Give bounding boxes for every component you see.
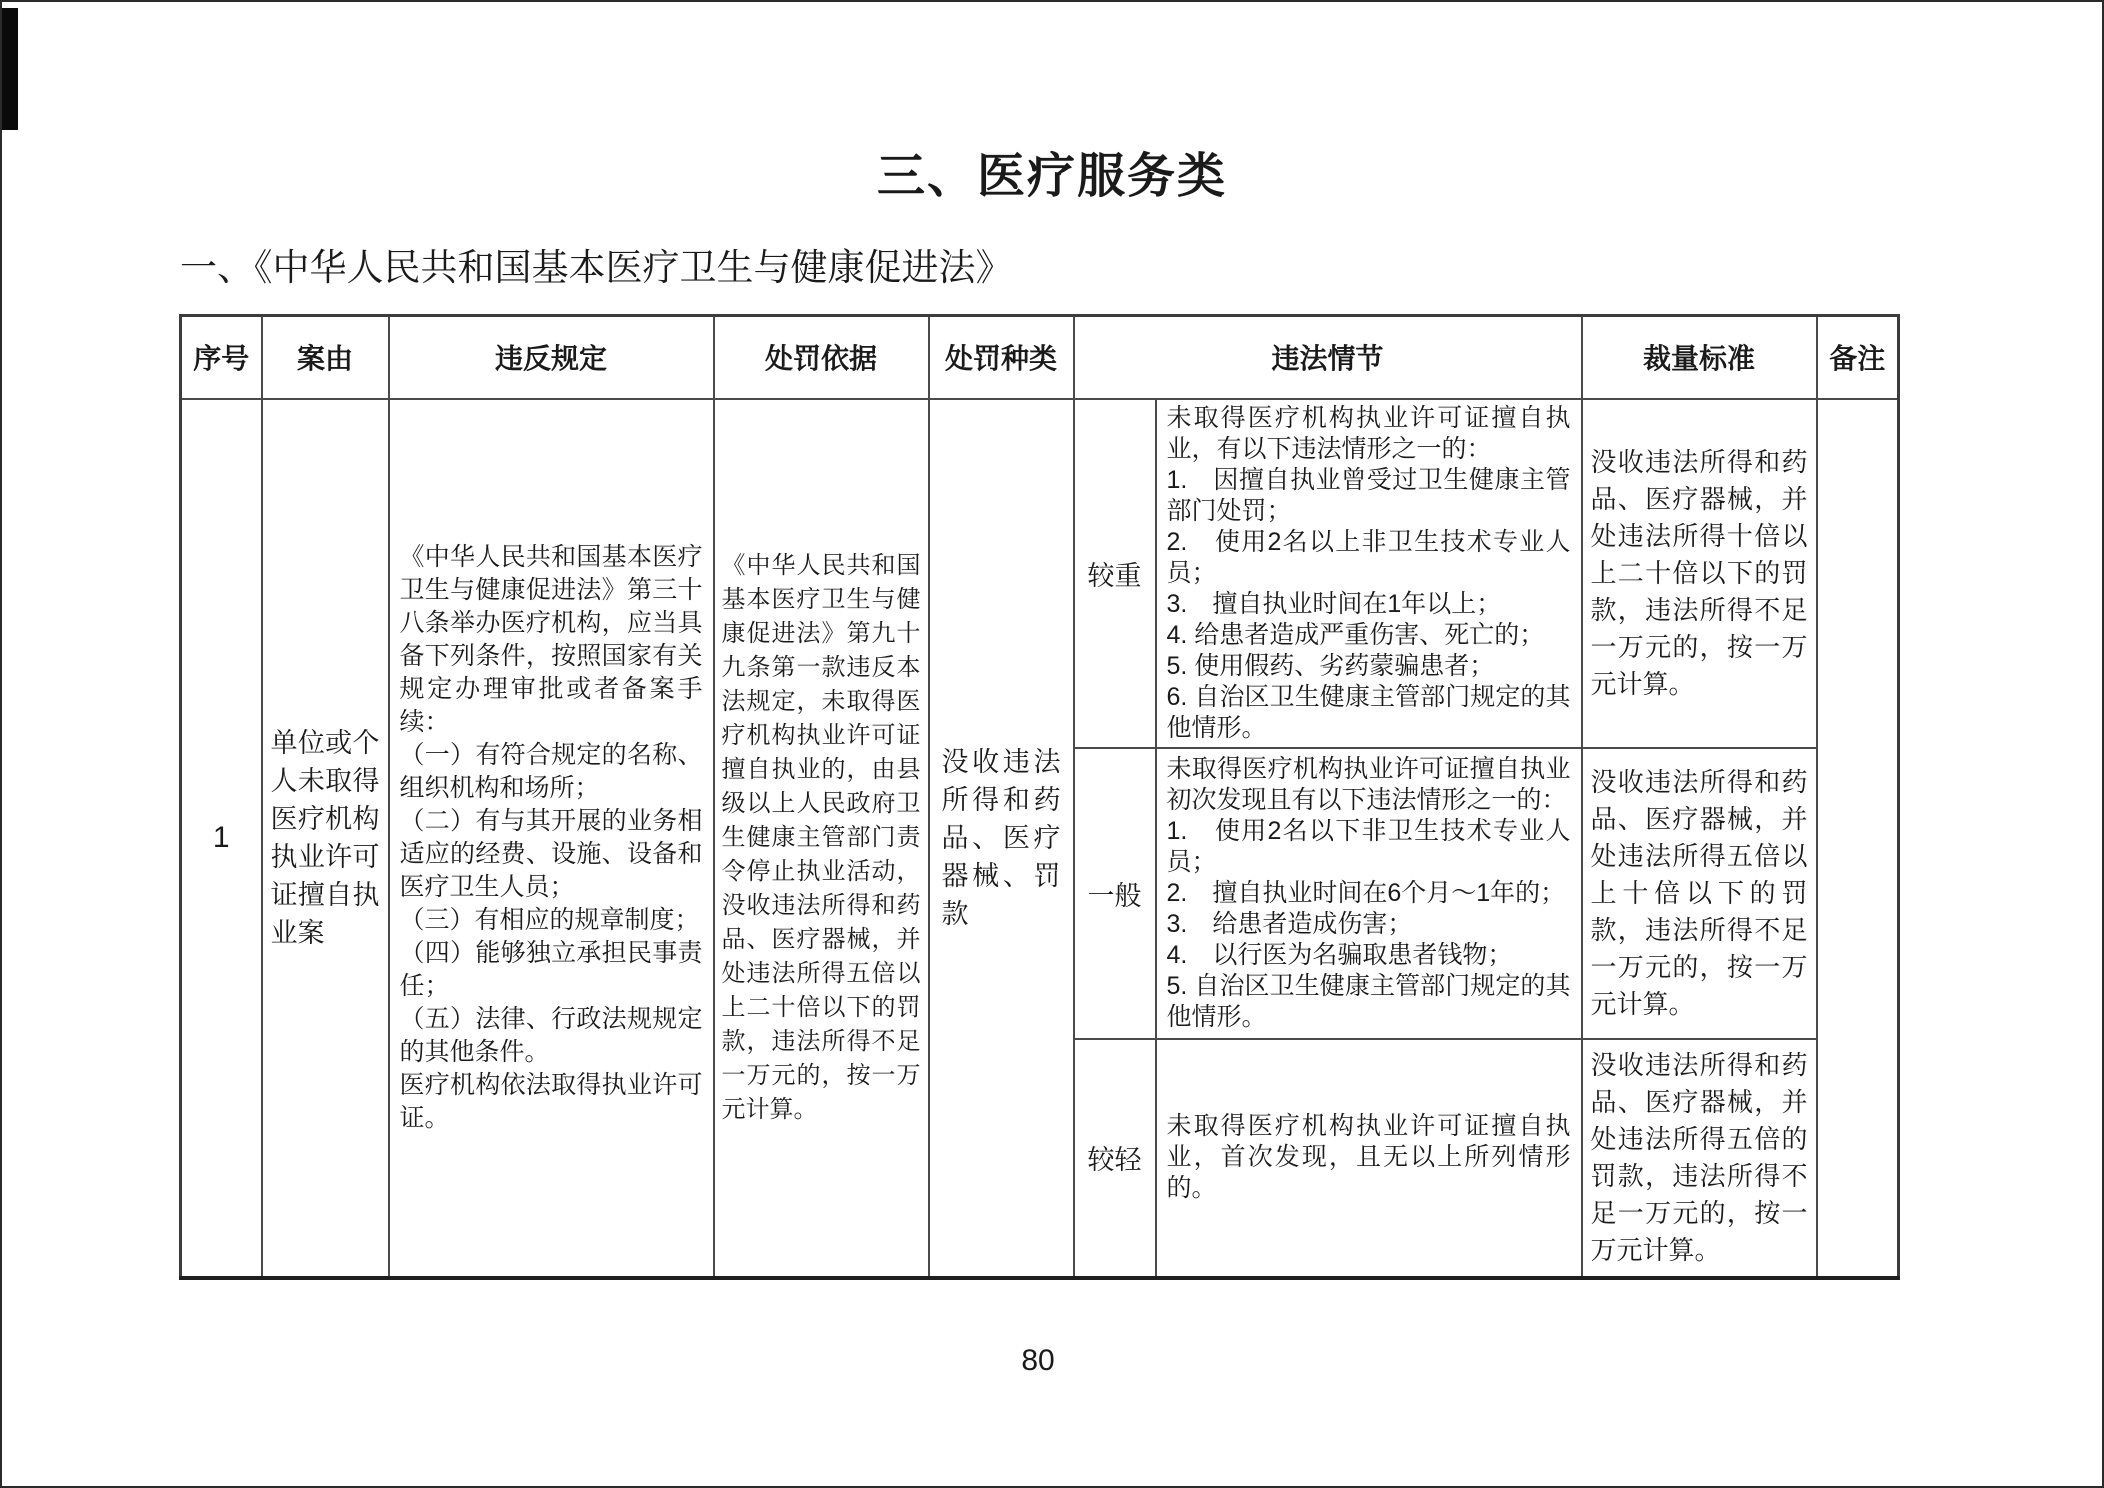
severity-label-minor: 较轻 [1074,1039,1156,1278]
penalties-table: 序号 案由 违反规定 处罚依据 处罚种类 违法情节 裁量标准 备注 1 单位或个… [179,314,1900,1280]
page-number: 80 [179,1344,1897,1378]
standard-cell-severe: 没收违法所得和药品、医疗器械，并处违法所得十倍以上二十倍以下的罚款，违法所得不足… [1582,399,1817,748]
header-basis: 处罚依据 [714,316,929,399]
severity-label-severe: 较重 [1074,399,1156,748]
page-title: 三、医疗服务类 [2,148,2102,206]
violated-provision-cell: 《中华人民共和国基本医疗卫生与健康促进法》第三十八条举办医疗机构，应当具备下列条… [389,399,714,1278]
section-heading: 一、《中华人民共和国基本医疗卫生与健康促进法》 [180,246,2102,292]
header-standard: 裁量标准 [1582,316,1817,399]
severity-label-general: 一般 [1074,748,1156,1039]
seq-cell: 1 [181,399,262,1278]
circumstances-cell-general: 未取得医疗机构执业许可证擅自执业初次发现且有以下违法情形之一的： 1. 使用2名… [1156,748,1582,1039]
remarks-cell [1817,399,1899,1278]
cause-cell: 单位或个人未取得医疗机构执业许可证擅自执业案 [262,399,389,1278]
header-circumstances: 违法情节 [1074,316,1582,399]
penalty-basis-cell: 《中华人民共和国基本医疗卫生与健康促进法》第九十九条第一款违反本法规定，未取得医… [714,399,929,1278]
header-violated: 违反规定 [389,316,714,399]
document-page: 三、医疗服务类 一、《中华人民共和国基本医疗卫生与健康促进法》 序号 案由 违反… [0,0,2104,1488]
penalty-type-cell: 没收违法所得和药品、医疗器械、罚款 [929,399,1074,1278]
header-remarks: 备注 [1817,316,1899,399]
header-seq: 序号 [181,316,262,399]
standard-cell-minor: 没收违法所得和药品、医疗器械，并处违法所得五倍的罚款，违法所得不足一万元的，按一… [1582,1039,1817,1278]
table-header-row: 序号 案由 违反规定 处罚依据 处罚种类 违法情节 裁量标准 备注 [181,316,1899,399]
circumstances-cell-minor: 未取得医疗机构执业许可证擅自执业，首次发现，且无以上所列情形的。 [1156,1039,1582,1278]
table-row-severe: 1 单位或个人未取得医疗机构执业许可证擅自执业案 《中华人民共和国基本医疗卫生与… [181,399,1899,748]
standard-cell-general: 没收违法所得和药品、医疗器械，并处违法所得五倍以上十倍以下的罚款，违法所得不足一… [1582,748,1817,1039]
circumstances-cell-severe: 未取得医疗机构执业许可证擅自执业，有以下违法情形之一的： 1. 因擅自执业曾受过… [1156,399,1582,748]
header-penalty-type: 处罚种类 [929,316,1074,399]
header-cause: 案由 [262,316,389,399]
scan-edge-mark [2,8,18,130]
